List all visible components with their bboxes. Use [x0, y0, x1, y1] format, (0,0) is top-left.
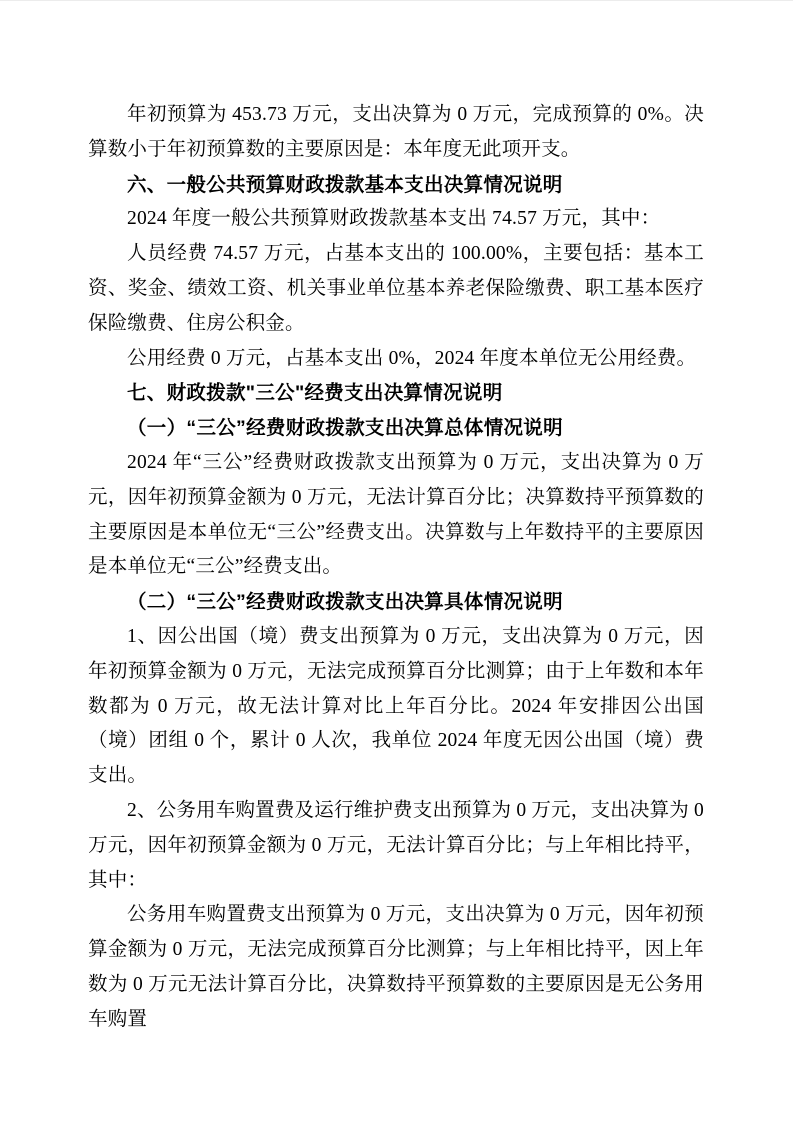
heading-sub-2-specific-situation: （二）“三公”经费财政拨款支出决算具体情况说明: [88, 585, 704, 620]
paragraph-item-2-official-vehicle: 2、公务用车购置费及运行维护费支出预算为 0 万元，支出决算为 0 万元，因年初…: [88, 794, 704, 898]
document-content: 年初预算为 453.73 万元，支出决算为 0 万元，完成预算的 0%。决算数小…: [88, 98, 704, 1038]
paragraph-personnel-expense: 人员经费 74.57 万元，占基本支出的 100.00%，主要包括：基本工资、奖…: [88, 237, 704, 341]
heading-section-6-basic-expenditure: 六、一般公共预算财政拨款基本支出决算情况说明: [88, 168, 704, 203]
paragraph-public-expense: 公用经费 0 万元，占基本支出 0%，2024 年度本单位无公用经费。: [88, 342, 704, 377]
document-page: 年初预算为 453.73 万元，支出决算为 0 万元，完成预算的 0%。决算数小…: [0, 0, 793, 1122]
heading-sub-1-overall-situation: （一）“三公”经费财政拨款支出决算总体情况说明: [88, 411, 704, 446]
paragraph-item-1-overseas-travel: 1、因公出国（境）费支出预算为 0 万元，支出决算为 0 万元，因年初预算金额为…: [88, 620, 704, 794]
paragraph-sangong-overall: 2024 年“三公”经费财政拨款支出预算为 0 万元，支出决算为 0 万元，因年…: [88, 446, 704, 585]
paragraph-carryover-budget-note: 年初预算为 453.73 万元，支出决算为 0 万元，完成预算的 0%。决算数小…: [88, 98, 704, 168]
heading-section-7-sangong-expense: 七、财政拨款"三公"经费支出决算情况说明: [88, 376, 704, 411]
paragraph-basic-expenditure-total: 2024 年度一般公共预算财政拨款基本支出 74.57 万元，其中：: [88, 202, 704, 237]
paragraph-vehicle-purchase-detail: 公务用车购置费支出预算为 0 万元，支出决算为 0 万元，因年初预算金额为 0 …: [88, 898, 704, 1037]
